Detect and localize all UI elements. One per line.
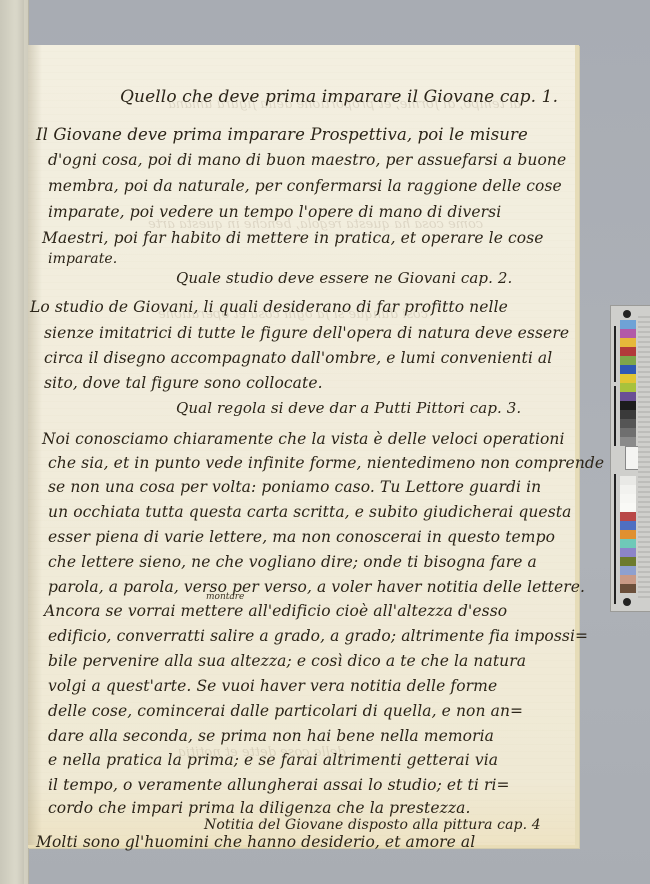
chapter-1-line: Il Giovane deve prima imparare Prospetti… <box>36 125 528 144</box>
chapter-3-line: cordo che impari prima la diligenza che … <box>48 799 471 817</box>
color-patch <box>620 548 636 557</box>
color-patch <box>620 575 636 584</box>
chapter-3-line: dare alla seconda, se prima non hai bene… <box>48 727 494 745</box>
chapter-4-line: Molti sono gl'huomini che hanno desideri… <box>36 833 475 851</box>
chapter-1-line: d'ogni cosa, poi di mano di buon maestro… <box>48 151 566 169</box>
color-patch <box>620 566 636 575</box>
color-patch <box>620 392 636 401</box>
color-patch <box>620 347 636 356</box>
chapter-3-line: delle cose, comincerai dalle particolari… <box>48 702 523 720</box>
chapter-3-line: parola, a parola, verso per verso, a vol… <box>48 578 585 596</box>
facing-page-shadow <box>14 0 24 884</box>
chapter-2-line: sienze imitatrici di tutte le figure del… <box>44 324 569 342</box>
manuscript-text: Quello che deve prima imparare il Giovan… <box>28 45 575 845</box>
color-calibration-chart <box>610 305 650 612</box>
color-patch <box>620 476 636 485</box>
color-patch <box>620 401 636 410</box>
color-patch <box>620 365 636 374</box>
manuscript-page: al tempo, di forme, et proportione della… <box>28 45 579 848</box>
chapter-3-line: bile pervenire alla sua altezza; e così … <box>48 652 526 670</box>
color-patch <box>620 530 636 539</box>
facing-page-edge <box>0 0 29 884</box>
color-patch <box>620 521 636 530</box>
patch-labels <box>638 316 650 601</box>
chapter-1-line: imparate. <box>48 251 117 267</box>
mounting-hole <box>623 310 631 318</box>
chapter-2-line: Lo studio de Giovani, li quali desideran… <box>30 298 508 316</box>
interlinear-correction: montare <box>206 592 244 602</box>
chapter-3-heading: Qual regola si deve dar a Putti Pittori … <box>176 399 521 417</box>
chapter-4-heading: Notitia del Giovane disposto alla pittur… <box>204 817 541 833</box>
color-patch <box>620 320 636 329</box>
chapter-2-heading: Quale studio deve essere ne Giovani cap.… <box>176 269 512 287</box>
color-patch <box>620 356 636 365</box>
color-patch <box>620 584 636 593</box>
chapter-2-line: circa il disegno accompagnato dall'ombre… <box>44 349 552 367</box>
color-patch <box>620 410 636 419</box>
color-patches-bottom <box>620 476 636 593</box>
color-patch <box>620 557 636 566</box>
color-patch <box>620 374 636 383</box>
chapter-3-line: e nella pratica la prima; e se farai alt… <box>48 751 498 769</box>
chapter-2-line: sito, dove tal figure sono collocate. <box>44 374 323 392</box>
scale-rule <box>614 386 616 446</box>
chapter-3-line: che lettere sieno, ne che vogliano dire;… <box>48 553 537 571</box>
chapter-1-line: Maestri, poi far habito di mettere in pr… <box>42 229 544 247</box>
chapter-3-line: il tempo, o veramente allungherai assai … <box>48 776 510 794</box>
chapter-3-line: edificio, converratti salire a grado, a … <box>48 627 588 645</box>
chapter-3-line: Ancora se vorrai mettere all'edificio ci… <box>44 602 507 620</box>
color-patch <box>620 428 636 437</box>
chapter-3-line: se non una cosa per volta: poniamo caso.… <box>48 478 541 496</box>
chapter-3-line: esser piena di varie lettere, ma non con… <box>48 528 555 546</box>
color-patch <box>620 383 636 392</box>
scale-rule <box>614 474 616 604</box>
color-patch <box>620 494 636 503</box>
color-patch <box>620 485 636 494</box>
color-patch <box>620 338 636 347</box>
color-patch <box>620 329 636 338</box>
mounting-hole <box>623 598 631 606</box>
color-patches-top <box>620 320 636 446</box>
color-patch <box>620 539 636 548</box>
color-patch <box>620 437 636 446</box>
chapter-3-line: Noi conosciamo chiaramente che la vista … <box>42 430 565 448</box>
chapter-1-line: membra, poi da naturale, per confermarsi… <box>48 177 562 195</box>
color-patch <box>620 503 636 512</box>
chapter-1-line: imparate, poi vedere un tempo l'opere di… <box>48 203 501 221</box>
chapter-3-line: che sia, et in punto vede infinite forme… <box>48 454 604 472</box>
scale-rule <box>614 326 616 382</box>
chapter-1-heading: Quello che deve prima imparare il Giovan… <box>120 87 558 107</box>
chapter-3-line: volgi a quest'arte. Se vuoi haver vera n… <box>48 677 497 695</box>
chapter-3-line: un occhiata tutta questa carta scritta, … <box>48 503 571 521</box>
color-patch <box>620 512 636 521</box>
color-patch <box>620 419 636 428</box>
